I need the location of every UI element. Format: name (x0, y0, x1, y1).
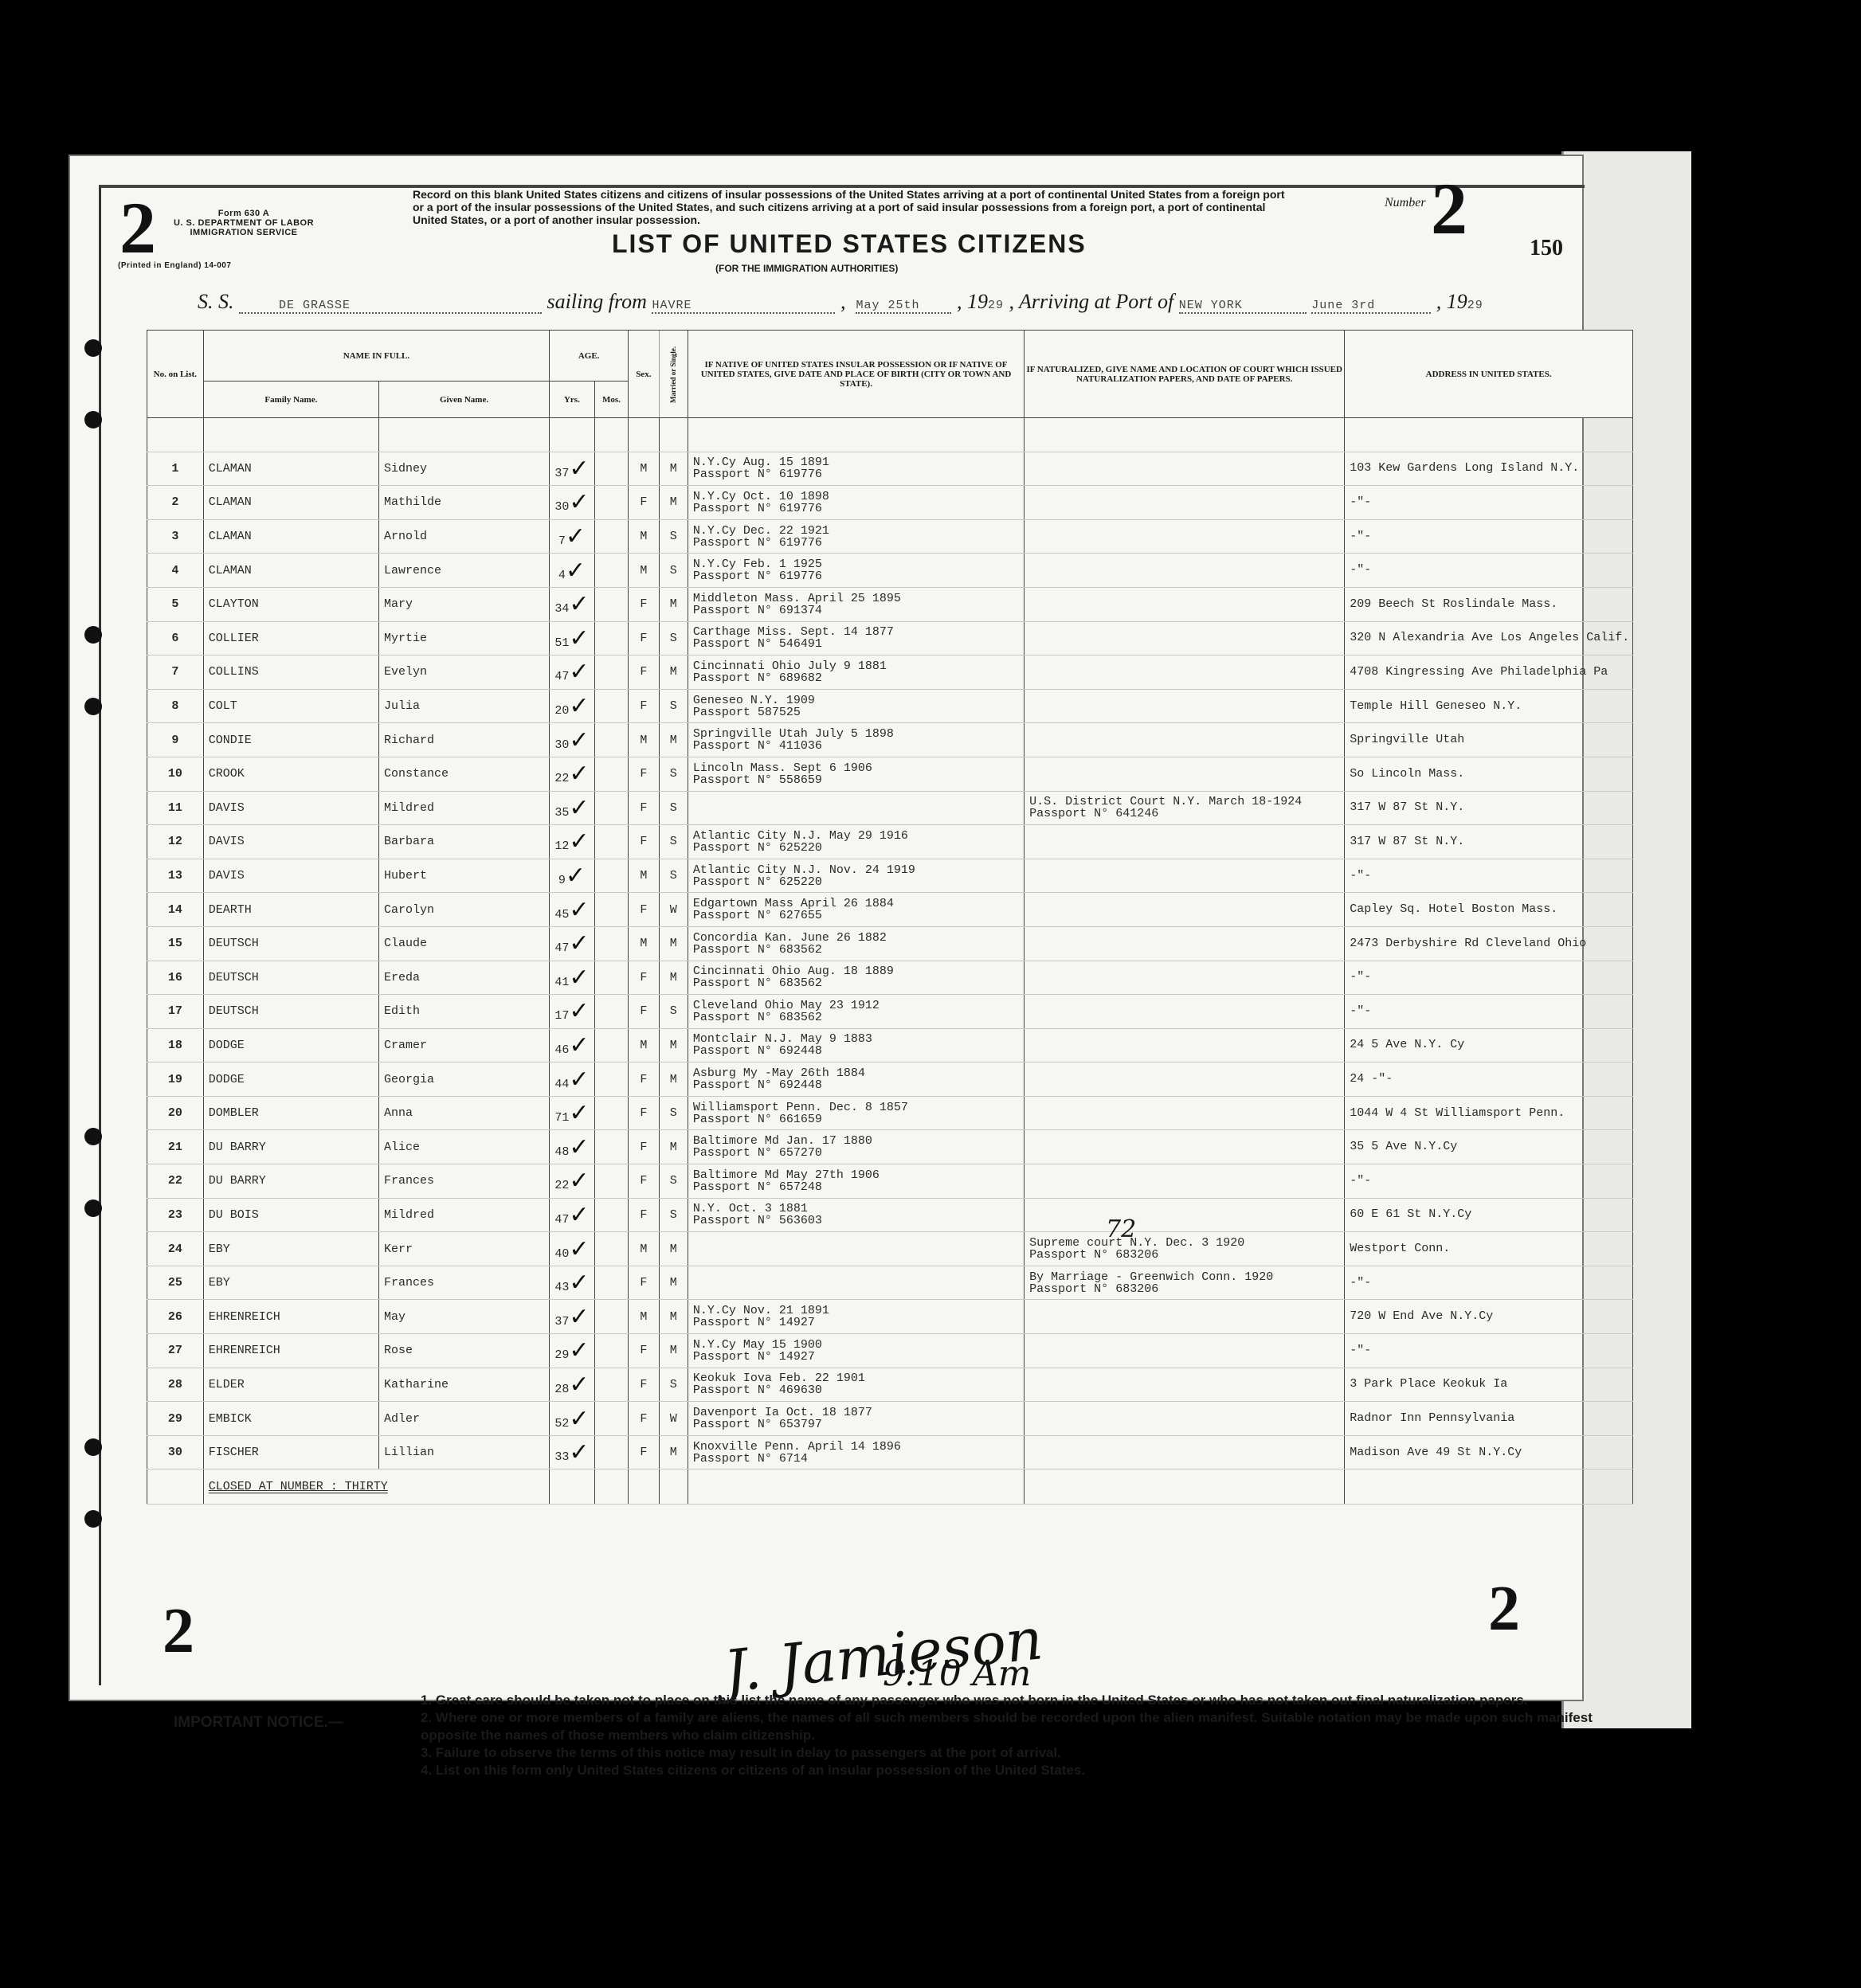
check-mark-icon: ✓ (569, 1371, 589, 1399)
marital-status: M (659, 1062, 688, 1097)
family-name: DU BOIS (203, 1198, 378, 1232)
sex-line-1: M (633, 1310, 653, 1324)
check-mark-icon: ✓ (566, 862, 586, 890)
check-mark-icon: ✓ (569, 455, 589, 483)
naturalization (1025, 1130, 1345, 1164)
us-address: Capley Sq. Hotel Boston Mass. (1345, 893, 1633, 927)
family-name-line-1: EBY (209, 1276, 374, 1289)
sex-line-1: F (633, 1446, 653, 1459)
age-value: 29 (554, 1348, 569, 1362)
us-address-line-1: -"- (1350, 496, 1628, 509)
sex-line-1: F (633, 665, 653, 679)
form-id: Form 630 A (164, 209, 323, 218)
sex: M (629, 723, 659, 757)
manifest-page: 2 Form 630 A U. S. DEPARTMENT OF LABOR I… (70, 156, 1582, 1700)
family-name: ELDER (203, 1368, 378, 1402)
birth-place-date: Geneseo N.Y. 1909Passport 587525 (688, 689, 1024, 723)
check-mark-icon: ✓ (569, 658, 589, 686)
us-address: -"- (1345, 961, 1633, 995)
age-months (594, 1198, 628, 1232)
family-name: CROOK (203, 757, 378, 791)
age-years: 48✓ (550, 1130, 595, 1164)
marital-status: M (659, 1435, 688, 1469)
sex: F (629, 995, 659, 1029)
row-number: 13 (147, 859, 204, 893)
col-birth: IF NATIVE OF UNITED STATES INSULAR POSSE… (688, 331, 1024, 418)
sex: F (629, 825, 659, 859)
family-name: CONDIE (203, 723, 378, 757)
check-mark-icon: ✓ (569, 726, 589, 754)
marital-status: S (659, 621, 688, 655)
marital-status-line-1: M (664, 1242, 683, 1256)
birth-place-date-line-1: Keokuk Iova Feb. 22 1901 (693, 1372, 1019, 1384)
marital-status-line-1: M (664, 462, 683, 475)
age-months (594, 1266, 628, 1300)
us-address: 317 W 87 St N.Y. (1345, 825, 1633, 859)
us-address-line-1: 1044 W 4 St Williamsport Penn. (1350, 1107, 1628, 1120)
marital-status: S (659, 554, 688, 588)
given-name-line-1: Anna (384, 1106, 544, 1120)
arrive-year: 29 (1467, 299, 1483, 312)
age-value: 47 (554, 941, 569, 955)
us-address: -"- (1345, 859, 1633, 893)
notice-item-3: 3. Failure to observe the terms of this … (421, 1744, 1647, 1762)
row-number-line-1: 27 (152, 1344, 198, 1357)
row-number-line-1: 23 (152, 1208, 198, 1222)
row-number: 14 (147, 893, 204, 927)
table-row: 7COLLINSEvelyn47✓FMCincinnati Ohio July … (147, 655, 1633, 690)
given-name: Lillian (378, 1435, 549, 1469)
naturalization (1025, 1402, 1345, 1436)
arrive-year-prefix: , 19 (1436, 290, 1467, 313)
sex: F (629, 1164, 659, 1199)
row-number-line-1: 13 (152, 869, 198, 882)
given-name: Katharine (378, 1368, 549, 1402)
marital-status-line-1: M (664, 1344, 683, 1357)
sex-line-1: M (633, 462, 653, 475)
us-address: Temple Hill Geneseo N.Y. (1345, 689, 1633, 723)
marital-status-line-1: M (664, 937, 683, 950)
age-value: 51 (554, 636, 569, 650)
sex: M (629, 1028, 659, 1062)
table-row: 13DAVISHubert9✓MSAtlantic City N.J. Nov.… (147, 859, 1633, 893)
marital-status: W (659, 893, 688, 927)
given-name-line-1: Mildred (384, 801, 544, 815)
birth-place-date-line-2: Passport N° 691374 (693, 605, 1019, 616)
row-number: 27 (147, 1334, 204, 1368)
us-address-line-1: -"- (1350, 870, 1628, 882)
marital-status-line-1: S (664, 530, 683, 543)
us-address: -"- (1345, 486, 1633, 520)
family-name-line-1: DODGE (209, 1073, 374, 1086)
birth-place-date: Atlantic City N.J. Nov. 24 1919Passport … (688, 859, 1024, 893)
marital-status: M (659, 723, 688, 757)
us-address: 3 Park Place Keokuk Ia (1345, 1368, 1633, 1402)
department-name: U. S. DEPARTMENT OF LABOR (164, 218, 323, 228)
sex-line-1: M (633, 530, 653, 543)
birth-place-date-line-2: Passport N° 683562 (693, 977, 1019, 989)
row-number: 19 (147, 1062, 204, 1097)
given-name: Julia (378, 689, 549, 723)
birth-place-date-line-1: Atlantic City N.J. Nov. 24 1919 (693, 864, 1019, 876)
age-years: 71✓ (550, 1096, 595, 1130)
birth-place-date-line-1: Edgartown Mass April 26 1884 (693, 898, 1019, 910)
birth-place-date-line-1: N.Y.Cy Dec. 22 1921 (693, 525, 1019, 537)
family-name: DU BARRY (203, 1164, 378, 1199)
us-address-line-1: 35 5 Ave N.Y.Cy (1350, 1141, 1628, 1153)
birth-place-date-line-2: Passport N° 411036 (693, 740, 1019, 752)
age-years: 34✓ (550, 587, 595, 621)
age-months (594, 723, 628, 757)
check-mark-icon: ✓ (569, 1133, 589, 1161)
given-name: Mildred (378, 1198, 549, 1232)
age-years: 43✓ (550, 1266, 595, 1300)
family-name: DEUTSCH (203, 995, 378, 1029)
family-name: CLAMAN (203, 519, 378, 554)
col-years: Yrs. (550, 382, 595, 418)
age-months (594, 1368, 628, 1402)
family-name: COLLINS (203, 655, 378, 690)
row-number-line-1: 21 (152, 1141, 198, 1154)
closed-note: CLOSED AT NUMBER : THIRTY (209, 1480, 388, 1493)
sex: F (629, 1368, 659, 1402)
birth-place-date: Lincoln Mass. Sept 6 1906Passport N° 558… (688, 757, 1024, 791)
family-name-line-1: COLLIER (209, 632, 374, 645)
us-address-line-1: Madison Ave 49 St N.Y.Cy (1350, 1446, 1628, 1459)
birth-place-date-line-1: Carthage Miss. Sept. 14 1877 (693, 626, 1019, 638)
table-row: 3CLAMANArnold7✓MSN.Y.Cy Dec. 22 1921Pass… (147, 519, 1633, 554)
marital-status-line-1: S (664, 1106, 683, 1120)
us-address-line-1: 60 E 61 St N.Y.Cy (1350, 1208, 1628, 1221)
given-name: Edith (378, 995, 549, 1029)
naturalization (1025, 452, 1345, 486)
sex-line-1: F (633, 903, 653, 917)
given-name: Frances (378, 1164, 549, 1199)
age-months (594, 1130, 628, 1164)
given-name-line-1: Rose (384, 1344, 544, 1357)
page-subtitle: (FOR THE IMMIGRATION AUTHORITIES) (715, 263, 898, 274)
given-name: Arnold (378, 519, 549, 554)
age-months (594, 757, 628, 791)
row-number: 1 (147, 452, 204, 486)
table-row: 18DODGECramer46✓MMMontclair N.J. May 9 1… (147, 1028, 1633, 1062)
table-row: 24EBYKerr40✓MMSupreme court N.Y. Dec. 3 … (147, 1232, 1633, 1266)
check-mark-icon: ✓ (566, 557, 586, 585)
row-number: 29 (147, 1402, 204, 1436)
marital-status: M (659, 1130, 688, 1164)
family-name-line-1: CLAMAN (209, 530, 374, 543)
birth-place-date-line-2: Passport N° 692448 (693, 1045, 1019, 1057)
age-years: 33✓ (550, 1435, 595, 1469)
row-number: 8 (147, 689, 204, 723)
table-row: 17DEUTSCHEdith17✓FSCleveland Ohio May 23… (147, 995, 1633, 1029)
page-number: 150 (1530, 236, 1563, 261)
birth-place-date-line-2: Passport N° 469630 (693, 1384, 1019, 1396)
sex-line-1: F (633, 1004, 653, 1018)
marital-status-line-1: S (664, 767, 683, 781)
family-name: DEARTH (203, 893, 378, 927)
age-value: 7 (558, 534, 566, 548)
naturalization (1025, 859, 1345, 893)
sex: M (629, 452, 659, 486)
birth-place-date-line-2: Passport N° 625220 (693, 876, 1019, 888)
age-years: 37✓ (550, 1300, 595, 1334)
form-instructions: Record on this blank United States citiz… (413, 188, 1289, 226)
row-number: 7 (147, 655, 204, 690)
us-address-line-1: So Lincoln Mass. (1350, 768, 1628, 781)
marital-status-line-1: S (664, 699, 683, 713)
given-name-line-1: Barbara (384, 835, 544, 848)
given-name: Georgia (378, 1062, 549, 1097)
check-mark-icon: ✓ (569, 828, 589, 855)
age-months (594, 621, 628, 655)
check-mark-icon: ✓ (569, 1031, 589, 1059)
us-address: -"- (1345, 519, 1633, 554)
given-name-line-1: Lawrence (384, 564, 544, 577)
family-name-line-1: DOMBLER (209, 1106, 374, 1120)
us-address-line-1: 317 W 87 St N.Y. (1350, 836, 1628, 848)
age-months (594, 1164, 628, 1199)
naturalization (1025, 893, 1345, 927)
notice-item-1: 1. Great care should be taken not to pla… (421, 1692, 1647, 1709)
age-months (594, 1300, 628, 1334)
age-years: 17✓ (550, 995, 595, 1029)
row-number: 24 (147, 1232, 204, 1266)
birth-place-date-line-2: Passport N° 14927 (693, 1351, 1019, 1363)
row-number: 10 (147, 757, 204, 791)
family-name: EHRENREICH (203, 1334, 378, 1368)
family-name-line-1: EMBICK (209, 1412, 374, 1426)
table-row: 22DU BARRYFrances22✓FSBaltimore Md May 2… (147, 1164, 1633, 1199)
age-years: 46✓ (550, 1028, 595, 1062)
marital-status-line-1: M (664, 1073, 683, 1086)
given-name: Frances (378, 1266, 549, 1300)
birth-place-date: Cleveland Ohio May 23 1912Passport N° 68… (688, 995, 1024, 1029)
naturalization (1025, 825, 1345, 859)
row-number: 16 (147, 961, 204, 995)
table-row: 30FISCHERLillian33✓FMKnoxville Penn. Apr… (147, 1435, 1633, 1469)
check-mark-icon: ✓ (569, 1099, 589, 1127)
table-row: 29EMBICKAdler52✓FWDavenport Ia Oct. 18 1… (147, 1402, 1633, 1436)
voyage-line: S. S. DE GRASSE sailing from HAVRE , May… (198, 290, 1483, 314)
given-name: Hubert (378, 859, 549, 893)
row-number-line-1: 10 (152, 767, 198, 781)
age-months (594, 1402, 628, 1436)
us-address: -"- (1345, 995, 1633, 1029)
row-number-line-1: 29 (152, 1412, 198, 1426)
row-number: 28 (147, 1368, 204, 1402)
naturalization (1025, 655, 1345, 690)
age-value: 43 (554, 1281, 569, 1294)
passenger-rows: 1CLAMANSidney37✓MMN.Y.Cy Aug. 15 1891Pas… (147, 418, 1633, 1469)
age-years: 52✓ (550, 1402, 595, 1436)
birth-place-date-line-1: Cincinnati Ohio July 9 1881 (693, 660, 1019, 672)
given-name: Claude (378, 926, 549, 961)
birth-place-date: Davenport Ia Oct. 18 1877Passport N° 653… (688, 1402, 1024, 1436)
check-mark-icon: ✓ (569, 624, 589, 652)
given-name-line-1: Adler (384, 1412, 544, 1426)
sex: M (629, 519, 659, 554)
us-address-line-1: -"- (1350, 971, 1628, 984)
family-name-line-1: DEARTH (209, 903, 374, 917)
footer-number-left: 2 (163, 1599, 194, 1663)
table-row: 4CLAMANLawrence4✓MSN.Y.Cy Feb. 1 1925Pas… (147, 554, 1633, 588)
family-name: EBY (203, 1266, 378, 1300)
table-row: 25EBYFrances43✓FMBy Marriage - Greenwich… (147, 1266, 1633, 1300)
age-value: 48 (554, 1145, 569, 1159)
table-row: 5CLAYTONMary34✓FMMiddleton Mass. April 2… (147, 587, 1633, 621)
family-name: DEUTSCH (203, 961, 378, 995)
birth-place-date-line-2: Passport N° 619776 (693, 537, 1019, 549)
table-row: 21DU BARRYAlice48✓FMBaltimore Md Jan. 17… (147, 1130, 1633, 1164)
naturalization (1025, 1368, 1345, 1402)
given-name-line-1: Constance (384, 767, 544, 781)
col-age-group: AGE. (550, 331, 629, 382)
page-title: LIST OF UNITED STATES CITIZENS (612, 229, 1087, 259)
family-name-line-1: COLLINS (209, 665, 374, 679)
given-name-line-1: Ereda (384, 971, 544, 984)
marital-status: S (659, 1198, 688, 1232)
birth-place-date: Montclair N.J. May 9 1883Passport N° 692… (688, 1028, 1024, 1062)
check-mark-icon: ✓ (569, 1303, 589, 1331)
naturalization (1025, 486, 1345, 520)
sex-line-1: F (633, 495, 653, 509)
row-number-line-1: 14 (152, 903, 198, 917)
family-name-line-1: DU BARRY (209, 1141, 374, 1154)
age-months (594, 689, 628, 723)
birth-place-date-line-1: Baltimore Md Jan. 17 1880 (693, 1135, 1019, 1147)
row-number: 21 (147, 1130, 204, 1164)
form-issuer: Form 630 A U. S. DEPARTMENT OF LABOR IMM… (164, 209, 323, 237)
given-name: Sidney (378, 452, 549, 486)
sex-line-1: F (633, 801, 653, 815)
marital-status-line-1: S (664, 1378, 683, 1391)
row-number-line-1: 8 (152, 699, 198, 713)
punch-hole-icon (84, 698, 102, 715)
birth-place-date-line-1: Williamsport Penn. Dec. 8 1857 (693, 1102, 1019, 1113)
family-name: COLLIER (203, 621, 378, 655)
naturalization (1025, 1300, 1345, 1334)
age-value: 34 (554, 602, 569, 616)
age-years: 22✓ (550, 1164, 595, 1199)
marital-status-line-1: M (664, 734, 683, 747)
punch-hole-icon (84, 411, 102, 429)
age-months (594, 859, 628, 893)
marital-status: S (659, 995, 688, 1029)
marital-status-line-1: S (664, 1174, 683, 1188)
marital-status-line-1: W (664, 903, 683, 917)
arriving-label: , Arriving at Port of (1009, 290, 1173, 313)
check-mark-icon: ✓ (569, 760, 589, 788)
us-address-line-1: -"- (1350, 564, 1628, 577)
sex: F (629, 1266, 659, 1300)
sex-line-1: F (633, 1073, 653, 1086)
punch-hole-icon (84, 1510, 102, 1528)
birth-place-date: Cincinnati Ohio Aug. 18 1889Passport N° … (688, 961, 1024, 995)
birth-place-date-line-1: Atlantic City N.J. May 29 1916 (693, 830, 1019, 842)
check-mark-icon: ✓ (569, 997, 589, 1025)
col-months: Mos. (594, 382, 628, 418)
col-sex: Sex. (629, 331, 659, 418)
row-number-line-1: 9 (152, 734, 198, 747)
given-name-line-1: Katharine (384, 1378, 544, 1391)
us-address: 317 W 87 St N.Y. (1345, 791, 1633, 825)
given-name-line-1: Frances (384, 1276, 544, 1289)
us-address: -"- (1345, 1334, 1633, 1368)
family-name-line-1: DU BARRY (209, 1174, 374, 1188)
check-mark-icon: ✓ (569, 1336, 589, 1364)
footer-number-right: 2 (1488, 1577, 1520, 1641)
birth-place-date-line-2: Passport N° 14927 (693, 1317, 1019, 1329)
naturalization (1025, 519, 1345, 554)
marital-status-line-1: M (664, 1446, 683, 1459)
sex: M (629, 1300, 659, 1334)
family-name: COLT (203, 689, 378, 723)
row-number: 30 (147, 1435, 204, 1469)
row-number-line-1: 16 (152, 971, 198, 984)
check-mark-icon: ✓ (569, 896, 589, 924)
birth-place-date-line-1: Knoxville Penn. April 14 1896 (693, 1441, 1019, 1453)
given-name-line-1: Julia (384, 699, 544, 713)
sex: F (629, 689, 659, 723)
sex: F (629, 655, 659, 690)
given-name: Barbara (378, 825, 549, 859)
birth-place-date: Concordia Kan. June 26 1882Passport N° 6… (688, 926, 1024, 961)
birth-place-date-line-1: Asburg My -May 26th 1884 (693, 1067, 1019, 1079)
birth-place-date: N.Y.Cy Oct. 10 1898Passport N° 619776 (688, 486, 1024, 520)
sex: F (629, 1198, 659, 1232)
family-name-line-1: FISCHER (209, 1446, 374, 1459)
given-name-line-1: Hubert (384, 869, 544, 882)
birth-place-date: N.Y. Oct. 3 1881Passport N° 563603 (688, 1198, 1024, 1232)
marital-status: S (659, 791, 688, 825)
age-value: 12 (554, 839, 569, 853)
age-value: 37 (554, 467, 569, 480)
us-address: 1044 W 4 St Williamsport Penn. (1345, 1096, 1633, 1130)
sex-line-1: M (633, 1242, 653, 1256)
given-name: Anna (378, 1096, 549, 1130)
marital-status: M (659, 452, 688, 486)
sex: F (629, 893, 659, 927)
us-address-line-1: -"- (1350, 530, 1628, 543)
birth-place-date (688, 791, 1024, 825)
sex: F (629, 1130, 659, 1164)
family-name-line-1: DAVIS (209, 869, 374, 882)
us-address-line-1: 24 5 Ave N.Y. Cy (1350, 1039, 1628, 1051)
list-number: 2 (1431, 172, 1467, 245)
age-years: 28✓ (550, 1368, 595, 1402)
marital-status-line-1: S (664, 835, 683, 848)
margin-annotation: 72 (1106, 1215, 1136, 1243)
family-name-line-1: DEUTSCH (209, 1004, 374, 1018)
given-name: Constance (378, 757, 549, 791)
sex-line-1: F (633, 1141, 653, 1154)
col-family-name: Family Name. (203, 382, 378, 418)
birth-place-date-line-1: Baltimore Md May 27th 1906 (693, 1169, 1019, 1181)
us-address: 103 Kew Gardens Long Island N.Y. (1345, 452, 1633, 486)
family-name-line-1: CONDIE (209, 734, 374, 747)
family-name: DODGE (203, 1062, 378, 1097)
age-months (594, 791, 628, 825)
sex: F (629, 587, 659, 621)
us-address-line-1: -"- (1350, 1277, 1628, 1289)
family-name: EBY (203, 1232, 378, 1266)
check-mark-icon: ✓ (569, 964, 589, 992)
row-number-line-1: 6 (152, 632, 198, 645)
punch-hole-icon (84, 626, 102, 644)
marital-status: S (659, 859, 688, 893)
age-years: 44✓ (550, 1062, 595, 1097)
